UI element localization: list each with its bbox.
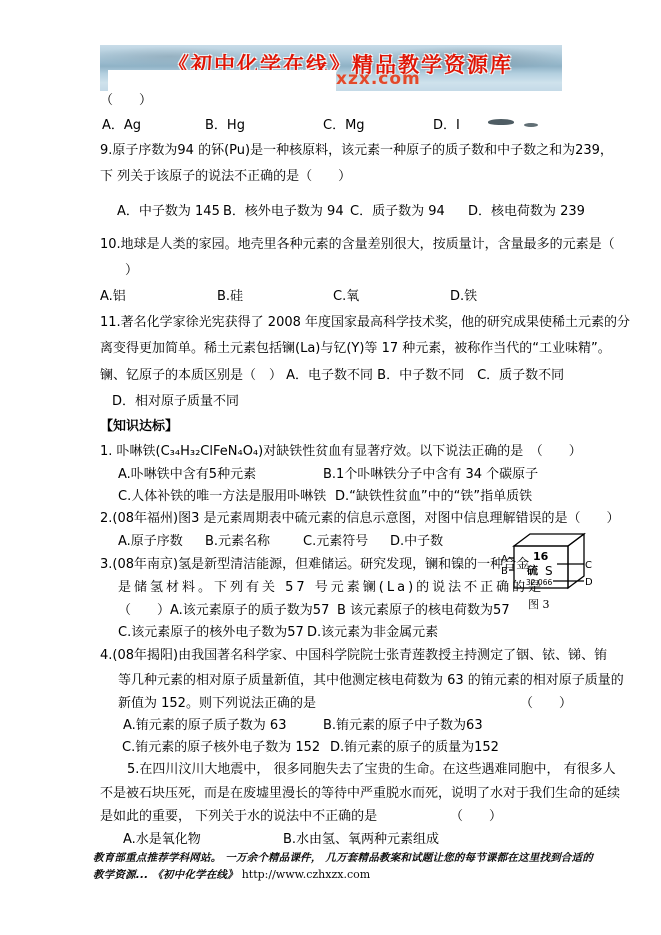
doc-text: （ ） xyxy=(100,92,152,110)
doc-text: C.铕元素的原子核外电子数为 152 xyxy=(122,739,320,757)
doc-line: 2.(08年福州)图3 是元素周期表中硫元素的信息示意图，对图中信息理解错误的是… xyxy=(100,510,570,530)
doc-text: 新值为 152。则下列说法正确的是 xyxy=(118,695,316,713)
figure-label-d: D xyxy=(585,577,592,588)
doc-text: D.该元素为非金属元素 xyxy=(307,624,438,642)
doc-text: 1. 卟啉铁(C₃₄H₃₂ClFeN₄O₄)对缺铁性贫血有显著疗效。以下说法正确… xyxy=(100,443,582,461)
figure-label-a: A xyxy=(501,554,508,565)
doc-text: C．Mg xyxy=(323,117,365,135)
element-symbol: S xyxy=(545,564,553,578)
doc-line: A.水是氧化物B.水由氢、氧两种元素组成 xyxy=(100,831,570,851)
doc-line: C.该元素原子的核外电子数为57D.该元素为非金属元素 xyxy=(100,624,570,644)
doc-text: （ ）A.该元素原子的质子数为57 xyxy=(118,602,329,620)
doc-text: B.水由氢、氧两种元素组成 xyxy=(283,831,439,849)
doc-text: 11.著名化学家徐光宪获得了 2008 年度国家最高科学技术奖，他的研究成果使稀… xyxy=(100,314,630,332)
doc-text: A.铕元素的原子质子数为 63 xyxy=(123,717,286,735)
atomic-number: 16 xyxy=(533,550,549,563)
doc-text: D．核电荷数为 239 xyxy=(468,203,585,221)
doc-text: D.中子数 xyxy=(390,533,443,551)
figure-caption: 图 3 xyxy=(528,596,550,612)
doc-line: 新值为 152。则下列说法正确的是（ ） xyxy=(100,695,570,715)
doc-text: （ ） xyxy=(520,695,572,713)
doc-text: 10.地球是人类的家园。地壳里各种元素的含量差别很大，按质量计，含量最多的元素是… xyxy=(100,236,615,254)
doc-text: 4.(08年揭阳)由我国著名科学家、中国科学院院士张青莲教授主持测定了铟、铱、锑… xyxy=(100,647,607,665)
doc-text: 是储氢材料。下列有关 57 号元素镧(La)的说法不正确的是 xyxy=(118,579,544,597)
doc-line: 4.(08年揭阳)由我国著名科学家、中国科学院院士张青莲教授主持测定了铟、铱、锑… xyxy=(100,647,570,667)
doc-line: 等几种元素的相对原子质量新值，其中他测定核电荷数为 63 的铕元素的相对原子质量… xyxy=(100,672,570,692)
doc-line: A.卟啉铁中含有5种元素B.1个卟啉铁分子中含有 34 个碳原子 xyxy=(100,466,570,486)
doc-text: A．中子数为 145 xyxy=(117,203,220,221)
banner-url-fragment: xzx.com xyxy=(336,69,421,89)
footer-line-1: 教育部重点推荐学科网站。 一万余个精品课件， 几万套精品教案和试题让您的每节课都… xyxy=(93,850,573,865)
doc-line: A．中子数为 145B．核外电子数为 94C．质子数为 94D．核电荷数为 23… xyxy=(100,203,570,223)
doc-text: C.氧 xyxy=(333,288,359,306)
doc-line: 5.在四川汶川大地震中， 很多同胞失去了宝贵的生命。在这些遇难同胞中， 有很多人 xyxy=(100,761,570,781)
doc-text: C．质子数为 94 xyxy=(350,203,445,221)
doc-text: A.铝 xyxy=(100,288,126,306)
footer-line-2-text: 教学资源... 《初中化学在线》 xyxy=(93,869,238,881)
document-page: 《初中化学在线》精品教学资源库 xzx.com （ ）A．AgB．HgC．MgD… xyxy=(0,0,661,935)
doc-text: 等几种元素的相对原子质量新值，其中他测定核电荷数为 63 的铕元素的相对原子质量… xyxy=(118,672,624,690)
doc-line: 镧、钇原子的本质区别是（ ） A．电子数不同 B．中子数不同 C．质子数不同 xyxy=(100,367,570,387)
doc-text: （ ） xyxy=(450,808,502,826)
doc-text: D．相对原子质量不同 xyxy=(112,393,239,411)
doc-line: （ ） xyxy=(100,92,570,112)
doc-text: 不是被石块压死，而是在废墟里漫长的等待中严重脱水而死，说明了水对于我们生命的延续 xyxy=(100,785,620,803)
element-name: 硫 xyxy=(527,563,538,577)
doc-text: B.铕元素的原子中子数为63 xyxy=(323,717,483,735)
doc-text: 3.(08年南京)氢是新型清洁能源，但难储运。研究发现，镧和镍的一种合金 xyxy=(100,556,529,574)
doc-text: 2.(08年福州)图3 是元素周期表中硫元素的信息示意图，对图中信息理解错误的是… xyxy=(100,510,620,528)
doc-line: 下 列关于该原子的说法不正确的是（ ） xyxy=(100,168,570,188)
doc-line: 9.原子序数为94 的钚(Pu)是一种核原料，该元素一种原子的质子数和中子数之和… xyxy=(100,142,570,162)
doc-text: A.水是氧化物 xyxy=(123,831,201,849)
doc-line: 11.著名化学家徐光宪获得了 2008 年度国家最高科学技术奖，他的研究成果使稀… xyxy=(100,314,570,334)
doc-text: A.原子序数 xyxy=(118,533,183,551)
doc-text: 下 列关于该原子的说法不正确的是（ ） xyxy=(100,168,351,186)
cube-top-face xyxy=(514,534,584,546)
doc-text: 9.原子序数为94 的钚(Pu)是一种核原料，该元素一种原子的质子数和中子数之和… xyxy=(100,142,613,160)
doc-line: D．相对原子质量不同 xyxy=(100,393,570,413)
doc-text: 离变得更加简单。稀土元素包括镧(La)与钇(Y)等 17 种元素，被称作当代的“… xyxy=(100,340,611,358)
doc-text: C.该元素原子的核外电子数为57 xyxy=(118,624,304,642)
doc-line: A.铕元素的原子质子数为 63B.铕元素的原子中子数为63 xyxy=(100,717,570,737)
doc-text: D.“缺铁性贫血”中的“铁”指单质铁 xyxy=(335,488,532,506)
doc-text: B.硅 xyxy=(217,288,243,306)
doc-line: ） xyxy=(100,262,570,282)
doc-text: B 该元素原子的核电荷数为57 xyxy=(337,602,510,620)
doc-text: A.卟啉铁中含有5种元素 xyxy=(118,466,256,484)
doc-text: B.1个卟啉铁分子中含有 34 个碳原子 xyxy=(323,466,538,484)
footer-url: http://www.czhxzx.com xyxy=(242,868,370,881)
doc-text: B．核外电子数为 94 xyxy=(223,203,344,221)
cube-right-face xyxy=(568,534,584,588)
doc-line: 1. 卟啉铁(C₃₄H₃₂ClFeN₄O₄)对缺铁性贫血有显著疗效。以下说法正确… xyxy=(100,443,570,463)
doc-line: 10.地球是人类的家园。地壳里各种元素的含量差别很大，按质量计，含量最多的元素是… xyxy=(100,236,570,256)
doc-text: D.铁 xyxy=(450,288,477,306)
doc-line: （ ）A.该元素原子的质子数为57B 该元素原子的核电荷数为57 xyxy=(100,602,570,622)
doc-line: C.人体补铁的唯一方法是服用卟啉铁D.“缺铁性贫血”中的“铁”指单质铁 xyxy=(100,488,570,508)
doc-text: D．I xyxy=(433,117,460,135)
doc-text: 【知识达标】 xyxy=(100,418,178,436)
figure-label-c: C xyxy=(585,560,592,571)
figure-label-b: B xyxy=(501,566,508,577)
doc-line: 【知识达标】 xyxy=(100,418,570,438)
doc-line: A.铝B.硅C.氧D.铁 xyxy=(100,288,570,308)
doc-text: C.元素符号 xyxy=(303,533,368,551)
doc-text: 是如此的重要， 下列关于水的说法中不正确的是 xyxy=(100,808,377,826)
doc-text: D.铕元素的原子的质量为152 xyxy=(330,739,499,757)
doc-text: 5.在四川汶川大地震中， 很多同胞失去了宝贵的生命。在这些遇难同胞中， 有很多人 xyxy=(127,761,616,779)
doc-text: ） xyxy=(125,262,138,280)
doc-line: C.铕元素的原子核外电子数为 152D.铕元素的原子的质量为152 xyxy=(100,739,570,759)
doc-line: 是如此的重要， 下列关于水的说法中不正确的是（ ） xyxy=(100,808,570,828)
footer-line-2: 教学资源... 《初中化学在线》 http://www.czhxzx.com xyxy=(93,867,573,882)
doc-text: A．Ag xyxy=(102,117,141,135)
doc-line: A．AgB．HgC．MgD．I xyxy=(100,117,570,137)
doc-text: 镧、钇原子的本质区别是（ ） A．电子数不同 B．中子数不同 C．质子数不同 xyxy=(100,367,564,385)
atomic-mass: 32.066 xyxy=(526,578,552,587)
doc-line: 不是被石块压死，而是在废墟里漫长的等待中严重脱水而死，说明了水对于我们生命的延续 xyxy=(100,785,570,805)
doc-text: B.元素名称 xyxy=(205,533,270,551)
doc-text: B．Hg xyxy=(205,117,245,135)
doc-line: 离变得更加简单。稀土元素包括镧(La)与钇(Y)等 17 种元素，被称作当代的“… xyxy=(100,340,570,360)
element-info-cube-figure: A B C D 16 硫 S 32.066 xyxy=(500,531,592,601)
doc-text: C.人体补铁的唯一方法是服用卟啉铁 xyxy=(118,488,326,506)
